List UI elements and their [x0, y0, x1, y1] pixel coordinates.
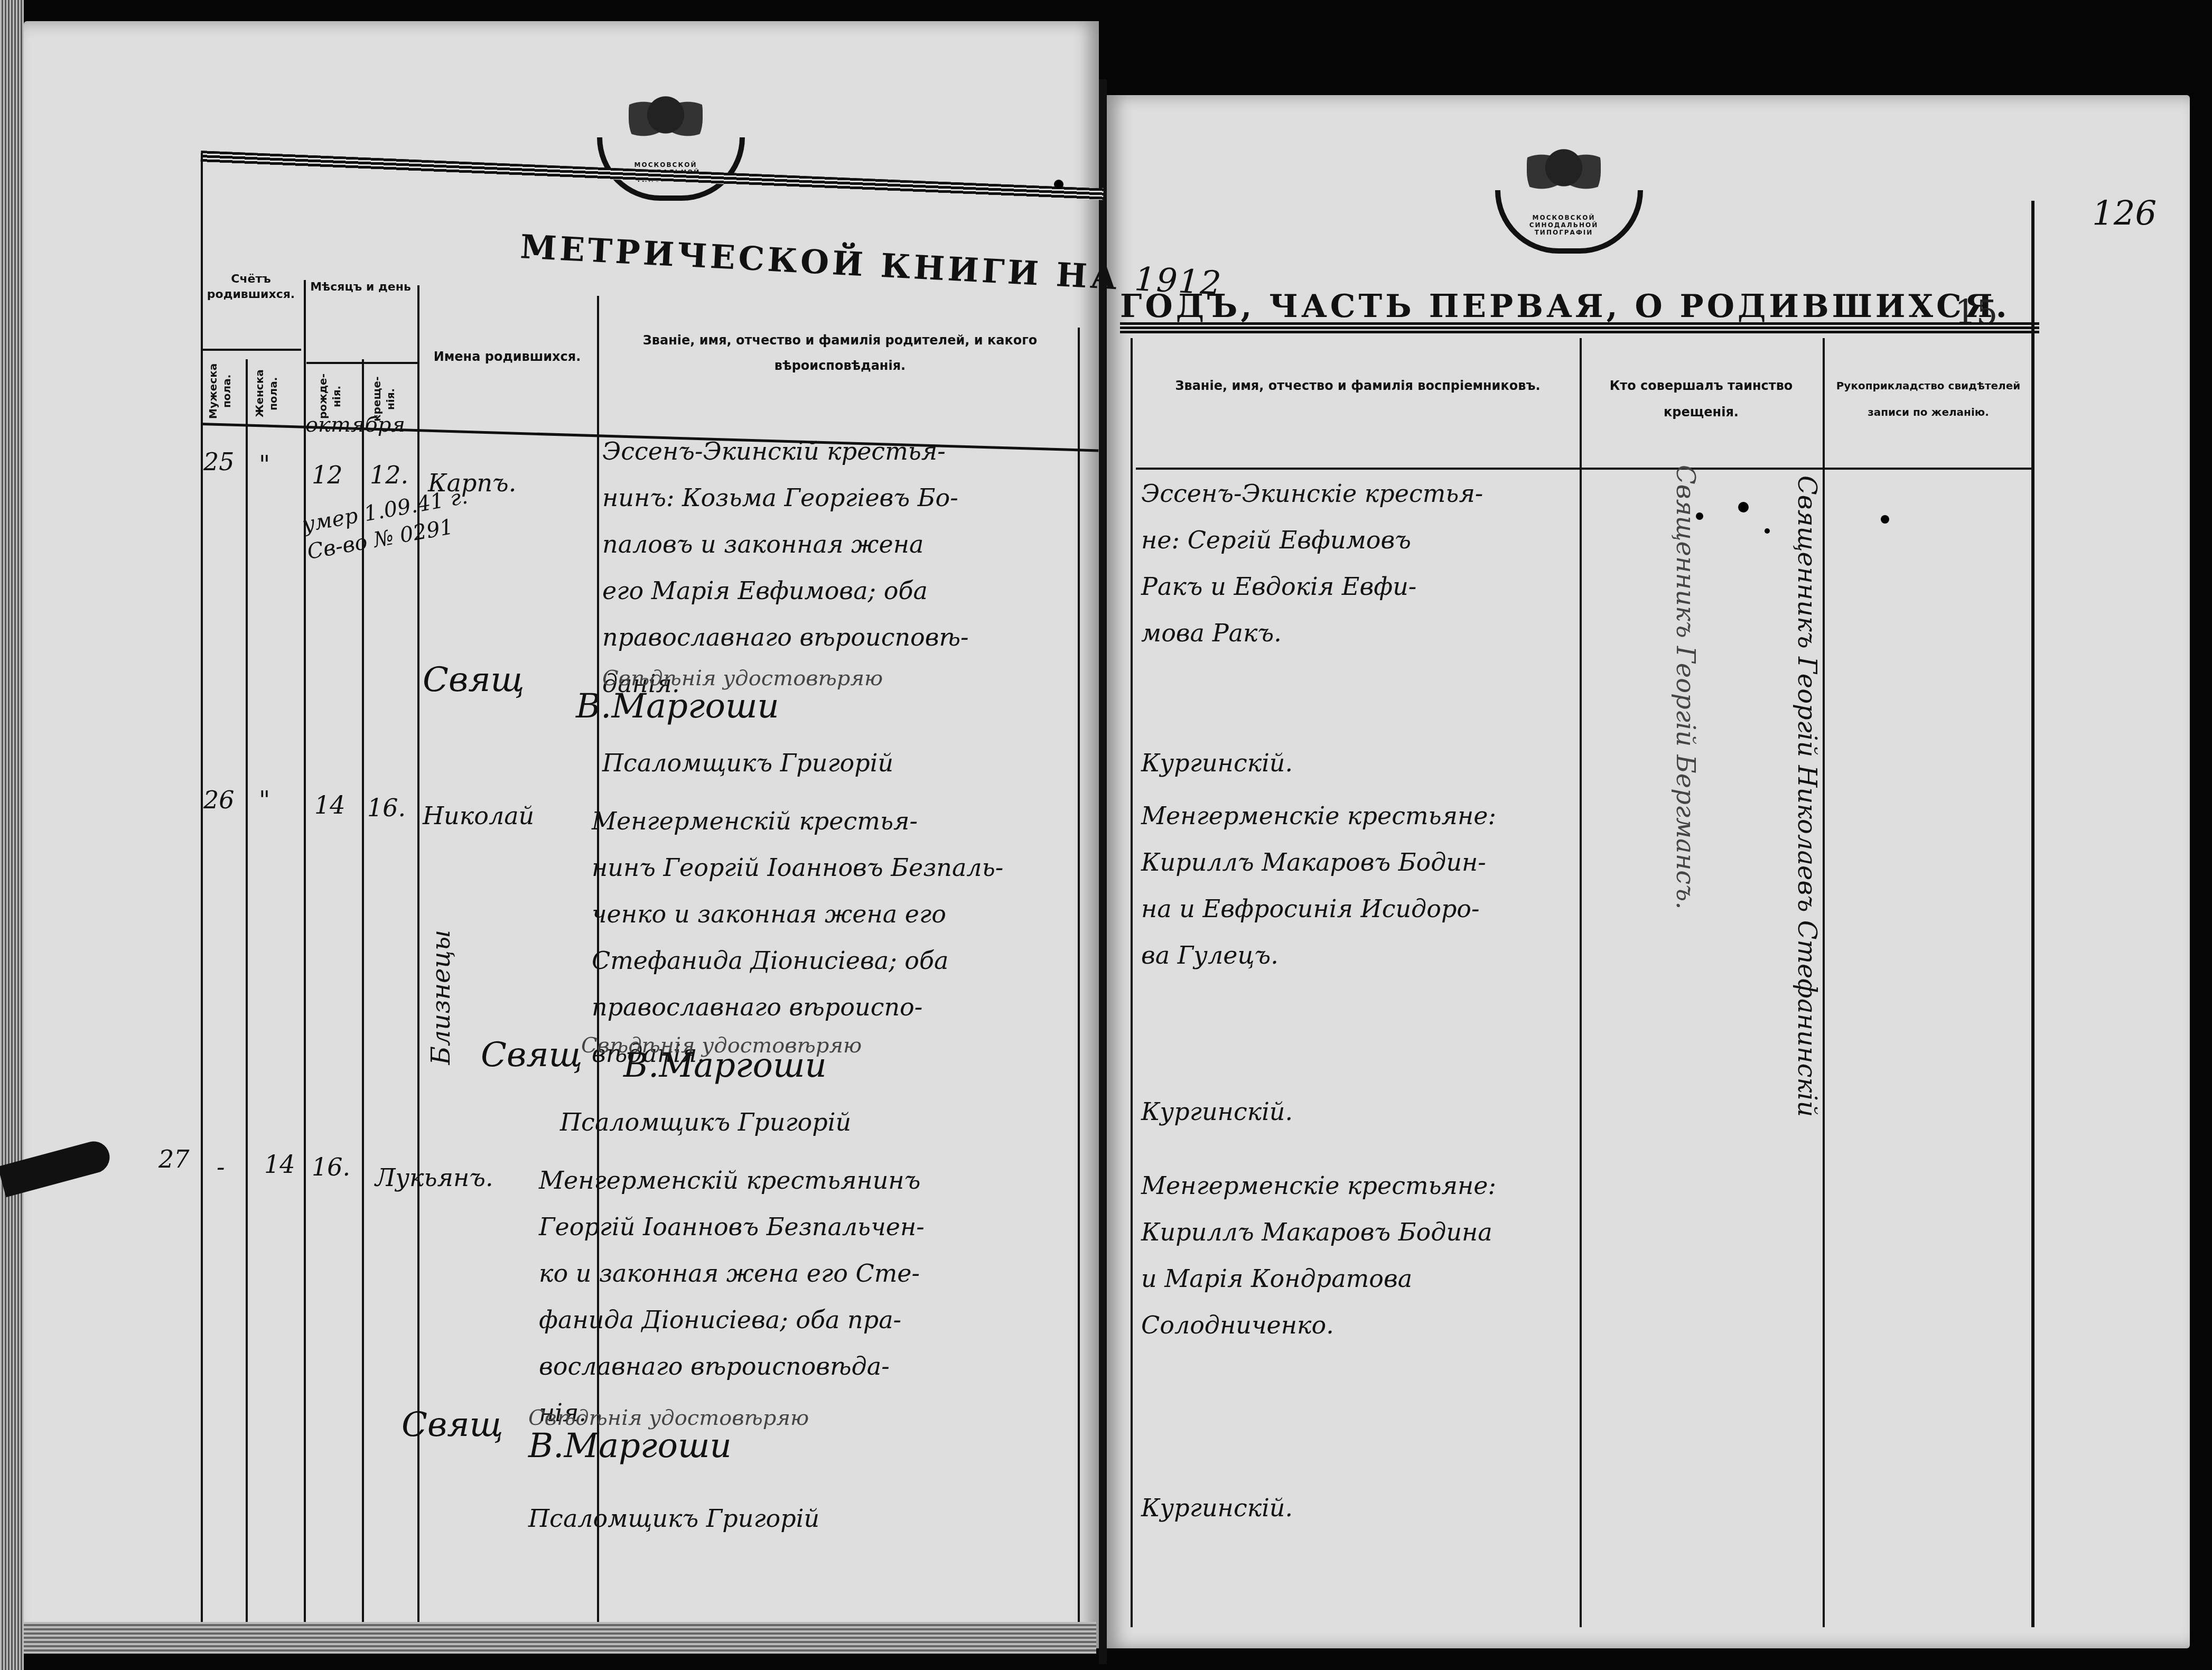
entry-3-signature-left: Свящ [402, 1405, 503, 1444]
entry-3-godparents-sign: Кургинскій. [1141, 1485, 1293, 1531]
entry-1-male-count: 25 [203, 439, 235, 485]
priest-vertical-text-1: Священникъ Георгій Бергмансъ. [1669, 465, 1701, 909]
col-border [246, 359, 248, 1622]
entry-3-male-count: 27 [158, 1136, 190, 1182]
col-border [1580, 338, 1582, 1627]
entry-2-margin-note-twins: Близнецы [425, 930, 457, 1065]
entry-2-signature-left: Свящ [481, 1035, 583, 1075]
row-border [201, 349, 301, 351]
entry-2-godparents: Менгерменскіе крестьяне: Кириллъ Макаров… [1141, 792, 1574, 978]
header-parents: Званіе, имя, отчество и фамилія родителе… [602, 328, 1078, 378]
row-border [306, 362, 417, 364]
binding-hole [1054, 180, 1063, 189]
ink-blot [1881, 515, 1889, 524]
header-male: Мужеска пола. [206, 362, 234, 420]
ink-blot [1765, 528, 1770, 534]
ink-blot [1738, 502, 1749, 512]
entry-2-male-count: 26 [203, 777, 235, 823]
entry-3-baptism-day: 16. [312, 1144, 350, 1190]
entry-1-godparents: Эссенъ-Экинскіе крестья- не: Сергій Евфи… [1141, 470, 1574, 656]
entry-1-birth-day: 12 [312, 452, 343, 498]
emblem-ribbon-text: МОСКОВСКОЙ СИНОДАЛЬНОЙ ТИПОГРАФІИ [1511, 214, 1617, 236]
entry-1-female-count: " [259, 441, 270, 488]
header-female: Женска пола. [253, 365, 280, 423]
header-priest: Кто совершалъ таинство крещенія. [1585, 372, 1817, 426]
col-border [304, 280, 306, 1622]
page-title-right: ГОДЪ, ЧАСТЬ ПЕРВАЯ, О РОДИВШИХСЯ. [1120, 288, 2010, 325]
book-bottom-edge [24, 1622, 1096, 1654]
entry-3-name: Лукьянъ. [375, 1154, 493, 1201]
entry-1-psalmist: Псаломщикъ Григорій [602, 740, 893, 786]
entry-3-psalmist: Псаломщикъ Григорій [528, 1495, 819, 1542]
book-page-edges [0, 0, 24, 1670]
entry-1-signature-main: В.Маргоши [576, 687, 779, 726]
header-band-right [1120, 322, 2039, 334]
entry-1-baptism-day: 12. [370, 452, 408, 498]
col-border [201, 153, 203, 1622]
entry-1-month: октября [305, 402, 405, 448]
entry-2-name: Николай [423, 792, 534, 839]
col-border [1131, 338, 1133, 1627]
header-bottom-border [1136, 468, 2034, 470]
entry-2-psalmist: Псаломщикъ Григорій [560, 1099, 851, 1145]
header-month-day: Мѣсяцъ и день [306, 280, 415, 295]
page-border [2031, 201, 2034, 1627]
header-count: Счётъ родившихся. [203, 272, 298, 302]
col-border [1823, 338, 1825, 1627]
header-witnesses: Рукоприкладство свидѣтелей записи по жел… [1828, 372, 2029, 425]
entry-3-birth-day: 14 [264, 1141, 295, 1188]
entry-3-signature-main: В.Маргоши [528, 1426, 732, 1466]
entry-2-baptism-day: 16. [367, 785, 406, 831]
entry-2-birth-day: 14 [314, 782, 346, 828]
entry-3-female-count: - [217, 1144, 225, 1190]
entry-1-godparents-sign: Кургинскій. [1141, 740, 1293, 786]
entry-3-godparents: Менгерменскіе крестьяне: Кириллъ Макаров… [1141, 1162, 1574, 1348]
entry-2-female-count: " [259, 777, 270, 823]
book-gutter [1099, 79, 1107, 1664]
header-godparents: Званіе, имя, отчество и фамилія воспріем… [1141, 372, 1574, 399]
ink-blot [1696, 512, 1703, 520]
entry-1-signature-left: Свящ [423, 660, 525, 699]
entry-2-godparents-sign: Кургинскій. [1141, 1088, 1293, 1135]
entry-2-signature-main: В.Маргоши [623, 1046, 827, 1085]
header-names: Имена родившихся. [420, 349, 594, 365]
entry-3-parents: Менгерменскій крестьянинъ Георгій Іоанно… [539, 1157, 1088, 1436]
priest-vertical-text-2: Священникъ Георгій Николаевъ Стефанинскі… [1791, 475, 1823, 1117]
imperial-eagle-emblem-right: МОСКОВСКОЙ СИНОДАЛЬНОЙ ТИПОГРАФІИ [1495, 132, 1632, 248]
folio-number: 126 [2092, 194, 2157, 234]
